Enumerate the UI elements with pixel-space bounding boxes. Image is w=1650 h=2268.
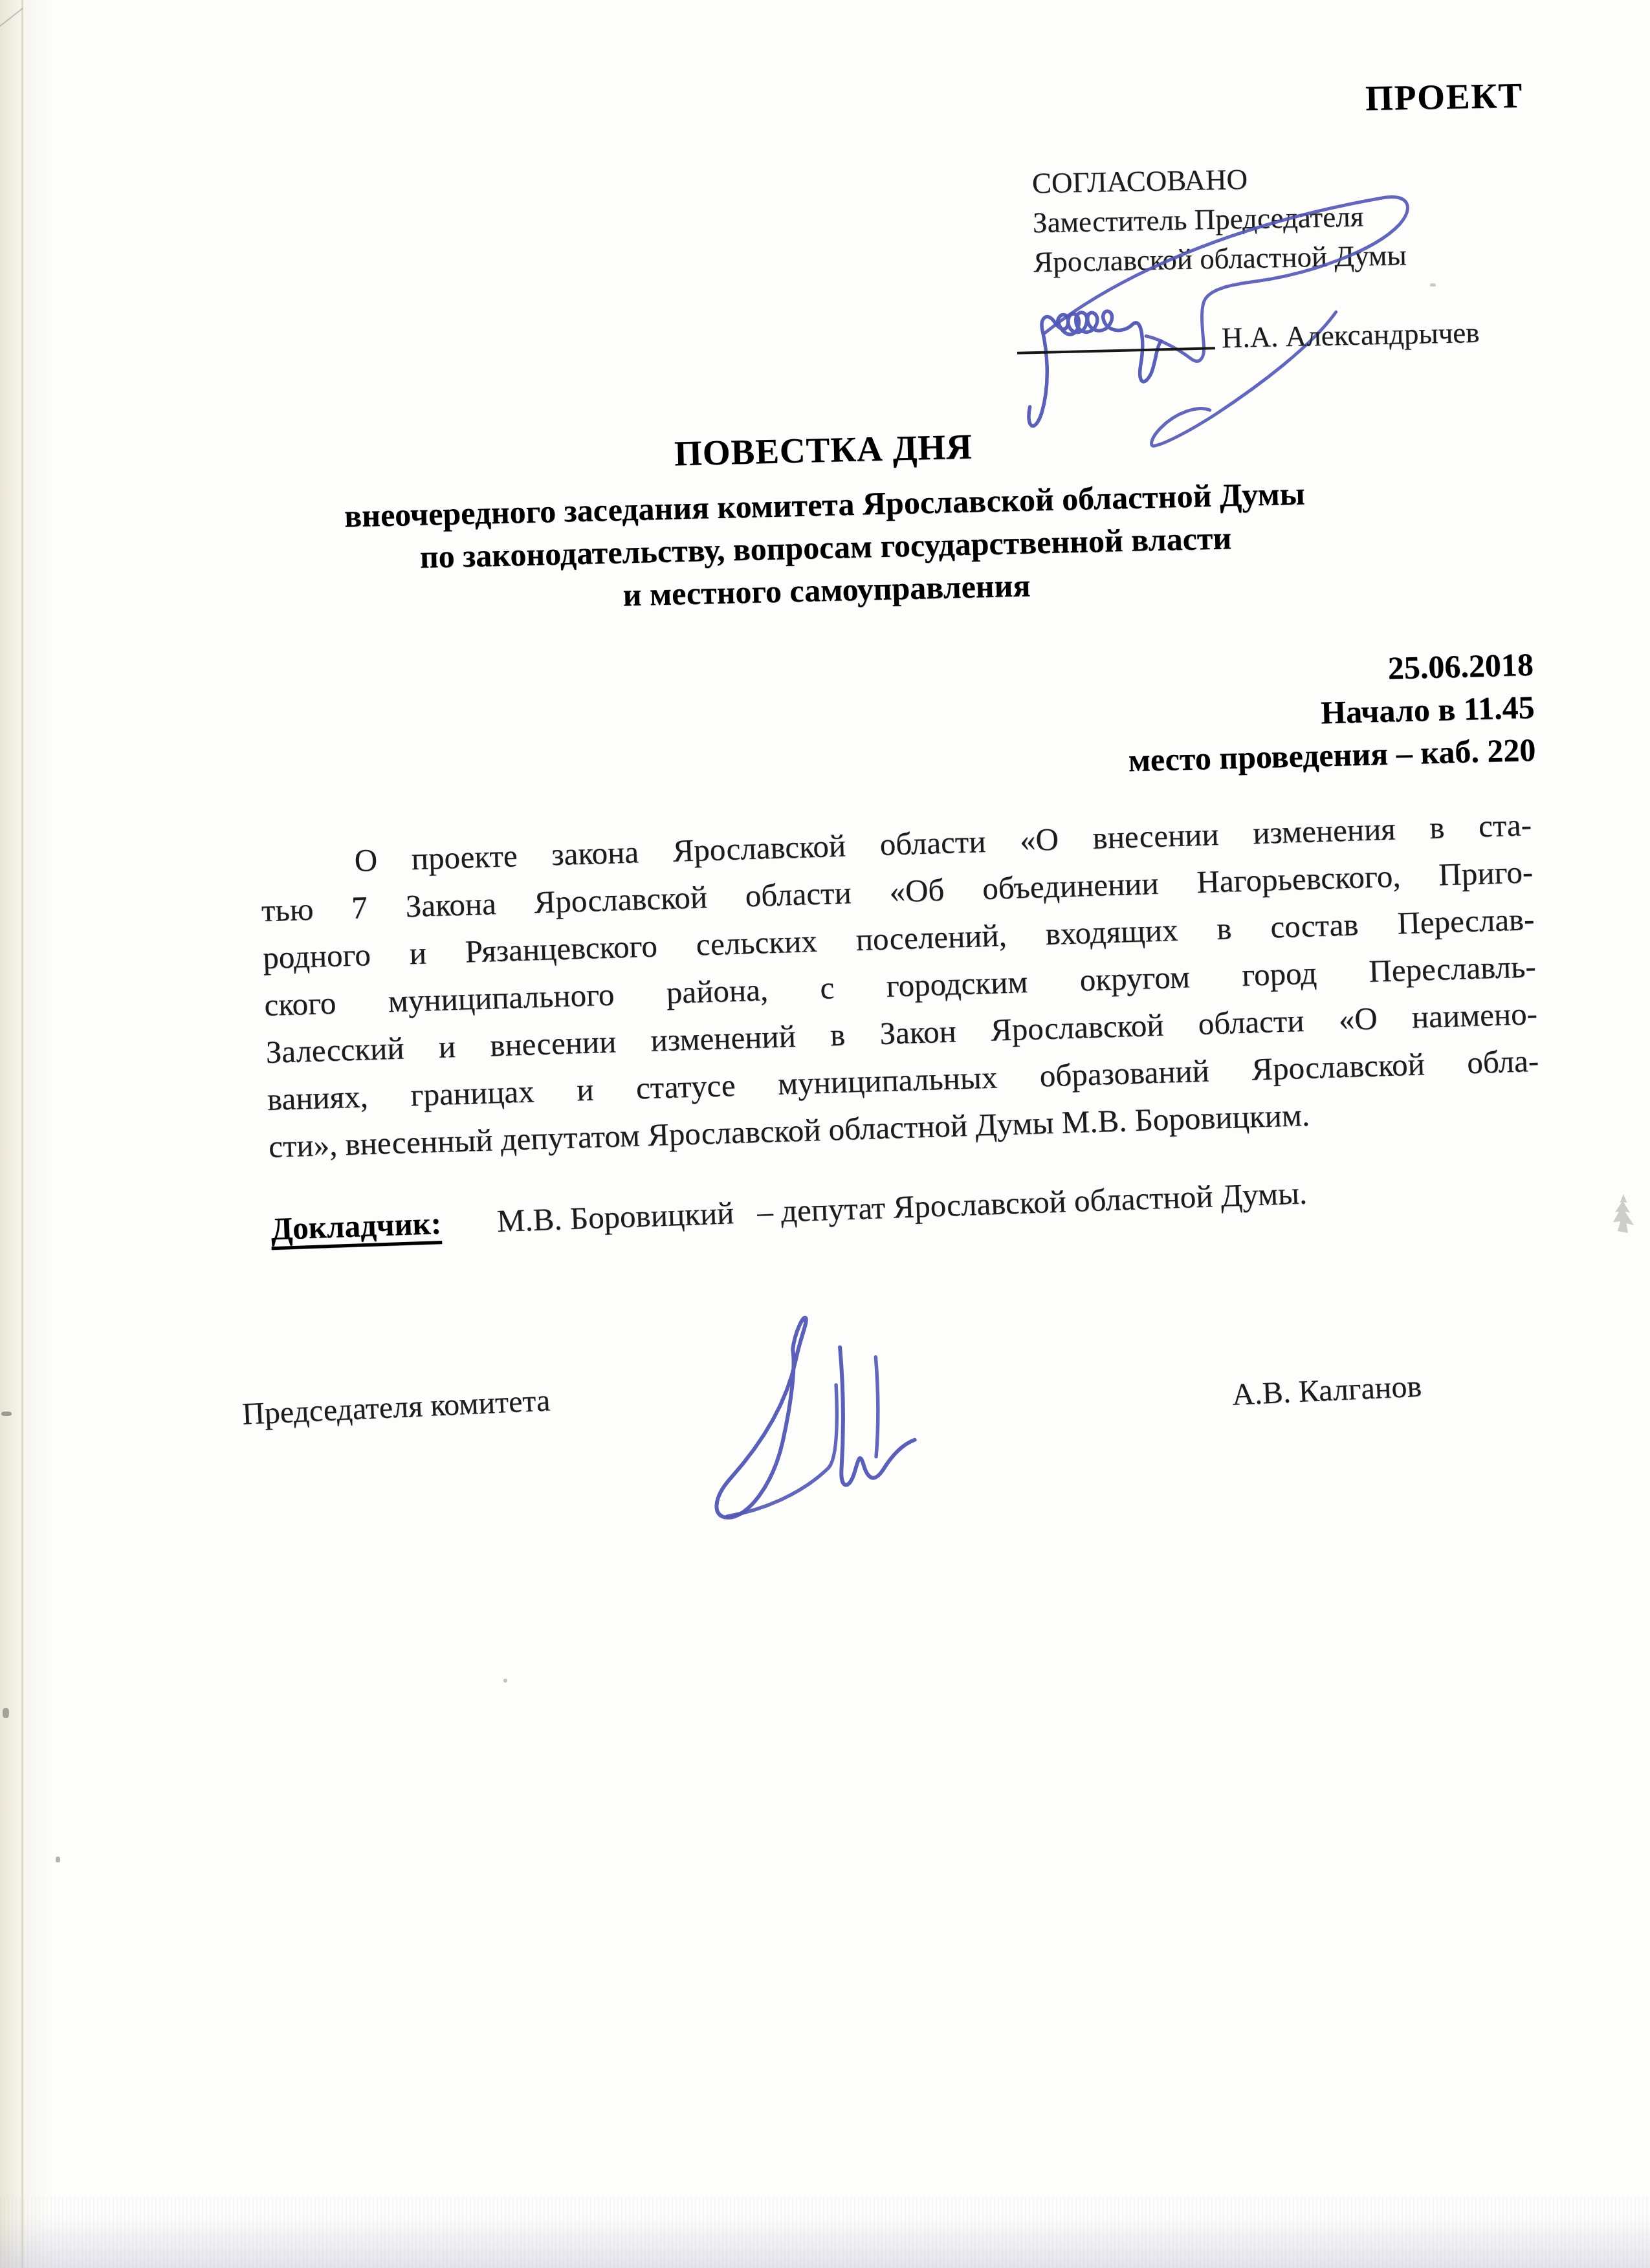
scan-speckle — [503, 1679, 507, 1683]
speaker-line: Докладчик:М.В. Боровицкий– депутат Яросл… — [270, 1168, 1501, 1247]
signoff-position: Председателя комитета — [241, 1382, 551, 1432]
agenda-item-paragraph: О проекте закона Ярославской области «О … — [259, 801, 1541, 1170]
scan-speckle — [3, 1708, 9, 1718]
scanned-document-page: ПРОЕКТ СОГЛАСОВАНО Заместитель Председат… — [0, 0, 1650, 2268]
scan-corner-fold-mark — [0, 8, 23, 27]
scan-bottom-streaks — [0, 2197, 1650, 2268]
speaker-label: Докладчик: — [270, 1205, 442, 1247]
speaker-name: М.В. Боровицкий — [496, 1195, 734, 1239]
signoff-name: А.В. Калганов — [1231, 1368, 1422, 1412]
scan-smudge-blob — [1609, 1194, 1638, 1233]
scan-speckle — [1, 1412, 12, 1416]
chairman-signature-ink — [655, 1299, 937, 1536]
meeting-details-block: 25.06.2018 Начало в 11.45 место проведен… — [1126, 643, 1537, 781]
scan-left-edge-line — [21, 0, 23, 2268]
scan-speckle — [1430, 283, 1436, 287]
scan-speckle — [56, 1857, 60, 1862]
draft-stamp-label: ПРОЕКТ — [1365, 75, 1523, 119]
scan-left-edge-band — [0, 0, 53, 2268]
agenda-title-block: ПОВЕСТКА ДНЯ внеочередного заседания ком… — [176, 414, 1474, 626]
speaker-description: – депутат Ярославской областной Думы. — [756, 1175, 1308, 1230]
approver-name: Н.А. Александрычев — [1221, 316, 1479, 354]
